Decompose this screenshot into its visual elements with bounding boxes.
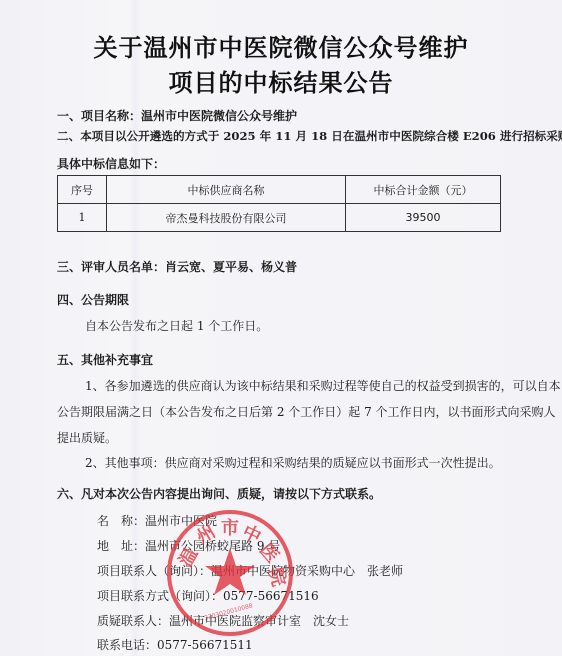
section-contact-heading: 六、凡对本次公告内容提出询问、质疑，请按以下方式联系。 (57, 485, 381, 502)
contact-complaint-phone: 联系电话：0577-56671511 (97, 636, 253, 653)
award-table: 序号 中标供应商名称 中标合计金额（元） 1 帝杰曼科技股份有限公司 39500 (57, 175, 501, 232)
table-row: 1 帝杰曼科技股份有限公司 39500 (58, 204, 501, 232)
section-project-name: 一、项目名称：温州市中医院微信公众号维护 (57, 107, 297, 124)
cell-amount: 39500 (346, 204, 501, 232)
contact-inquiry-person-value: 温州市中医院物资采购中心 张老师 (211, 564, 403, 578)
contact-name-value: 温州市中医院 (145, 514, 217, 528)
section-other-item1-line3: 提出质疑。 (57, 429, 117, 446)
document-page: 关于温州市中医院微信公众号维护 项目的中标结果公告 一、项目名称：温州市中医院微… (0, 0, 562, 656)
contact-complaint-person: 质疑联系人：温州市中医院监察审计室 沈女士 (97, 612, 349, 629)
contact-address-value: 温州市公园桥蛟尾路 9 号 (145, 539, 280, 553)
section-notice-period-heading: 四、公告期限 (57, 291, 129, 308)
contact-complaint-person-label: 质疑联系人： (97, 614, 169, 628)
contact-complaint-phone-value: 0577-56671511 (157, 638, 253, 652)
section-reviewers-value: 肖云宽、夏平易、杨义普 (165, 260, 297, 274)
contact-inquiry-phone: 项目联系方式（询问）：0577-56671516 (97, 587, 319, 604)
contact-address: 地 址：温州市公园桥蛟尾路 9 号 (97, 537, 280, 554)
section-reviewers-label: 三、评审人员名单： (57, 260, 165, 274)
contact-name: 名 称：温州市中医院 (97, 512, 217, 529)
section-procurement-info: 二、本项目以公开遴选的方式于 2025 年 11 月 18 日在温州市中医院综合… (57, 128, 562, 144)
contact-complaint-phone-label: 联系电话： (97, 638, 157, 652)
svg-text:市: 市 (221, 517, 239, 539)
document-title-line1: 关于温州市中医院微信公众号维护 (0, 28, 562, 63)
contact-inquiry-phone-label: 项目联系方式（询问）： (97, 589, 223, 603)
contact-name-label: 名 称： (97, 514, 145, 528)
header-amount: 中标合计金额（元） (346, 176, 501, 204)
contact-address-label: 地 址： (97, 539, 145, 553)
cell-supplier: 帝杰曼科技股份有限公司 (107, 204, 346, 232)
section-other-item2: 2、其他事项：供应商对采购过程和采购结果的质疑应以书面形式一次性提出。 (85, 454, 501, 471)
contact-inquiry-person: 项目联系人（询问）：温州市中医院物资采购中心 张老师 (97, 562, 403, 579)
contact-inquiry-phone-value: 0577-56671516 (223, 589, 319, 603)
contact-complaint-person-value: 温州市中医院监察审计室 沈女士 (169, 614, 349, 628)
section-notice-period-body: 自本公告发布之日起 1 个工作日。 (85, 317, 268, 334)
section-procurement-continuation: 具体中标信息如下： (57, 155, 165, 172)
section-other-item1-line2: 公告期限届满之日（本公告发布之日后第 2 个工作日）起 7 个工作日内，以书面形… (57, 403, 556, 420)
contact-inquiry-person-label: 项目联系人（询问）： (97, 564, 211, 578)
section-other-heading: 五、其他补充事宜 (57, 351, 153, 368)
header-supplier: 中标供应商名称 (107, 176, 346, 204)
section-other-item1-line1: 1、各参加遴选的供应商认为该中标结果和采购过程等使自己的权益受到损害的，可以自本 (85, 377, 561, 394)
section-reviewers: 三、评审人员名单：肖云宽、夏平易、杨义普 (57, 258, 297, 275)
section-project-name-value: 温州市中医院微信公众号维护 (141, 109, 297, 123)
header-index: 序号 (58, 176, 107, 204)
award-table-header-row: 序号 中标供应商名称 中标合计金额（元） (58, 176, 501, 204)
section-project-name-label: 一、项目名称： (57, 109, 141, 123)
document-title-line2: 项目的中标结果公告 (0, 63, 562, 98)
cell-index: 1 (58, 204, 107, 232)
